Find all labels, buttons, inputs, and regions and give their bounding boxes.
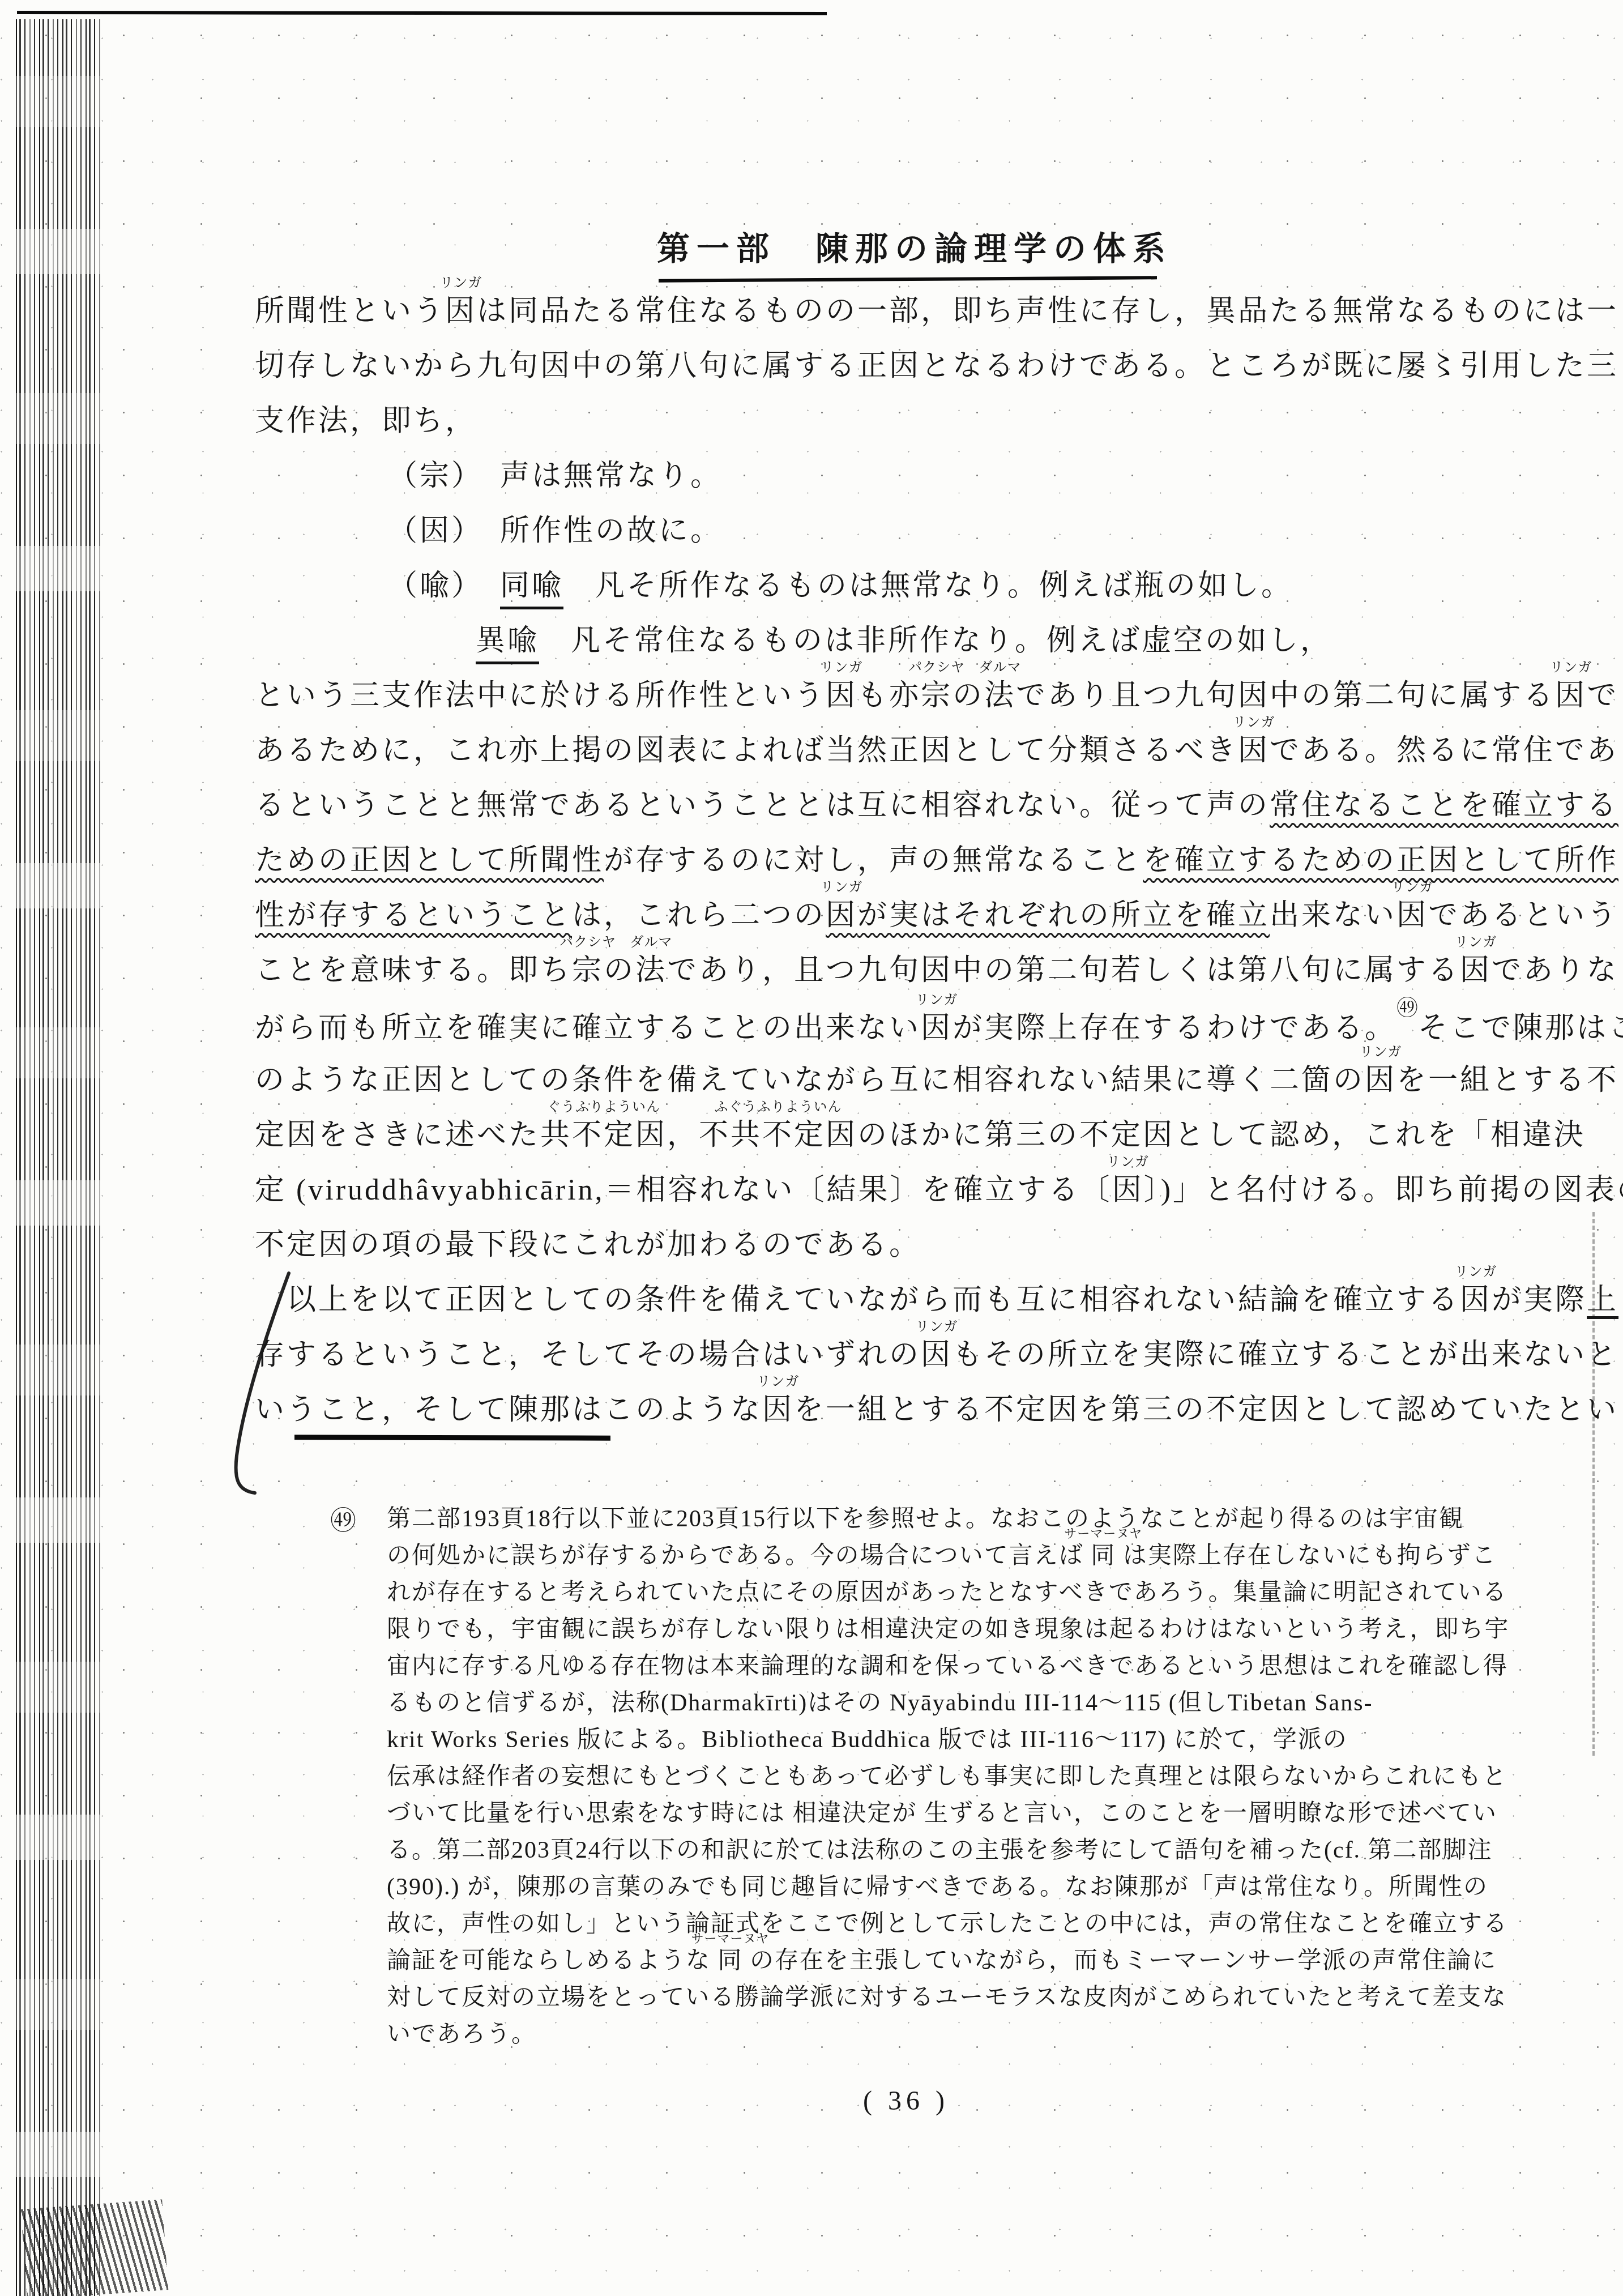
text-run: を一組とする不定因を第三の不定因として認めていたとい <box>794 1394 1618 1426</box>
body-line: という三支作法中に於ける所作性という因リンガも亦宗パクシヤの法ダルマであり且つ九… <box>255 679 1580 713</box>
body-line: 存するということ，そしてその場合はいずれの因リンガもその所立を実際に確立すること… <box>255 1338 1580 1372</box>
footnote-line: の何処かに誤ちが存するからである。今の場合について言えば 同サーマーヌヤ は実際… <box>387 1542 1582 1569</box>
ruby-base: 宗 <box>572 954 604 987</box>
text-run: いうこと，そして陳那はこのような <box>255 1394 762 1426</box>
ruby-text: リンガ <box>1360 1045 1402 1059</box>
body-line: ことを意味する。即ち宗パクシヤの法ダルマであり，且つ九句因中の第二句若しくは第八… <box>255 954 1580 988</box>
text-run: という三支作法中に於ける所作性という <box>255 680 826 712</box>
text-run: 以上を以て正因としての条件を備えていながら而も互に相容れない結論を確立する <box>255 1284 1460 1316</box>
text-run: であり且つ九句因中の第二句に属する <box>1016 680 1555 712</box>
ruby-base: 不共不定因 <box>699 1119 857 1151</box>
ruby-text: リンガ <box>916 993 958 1007</box>
text-run: であるという <box>1428 899 1618 932</box>
text-run: 限りでも，宇宙観に誤ちが存しない限りは相違決定の如き現象は起るわけはないという考… <box>387 1616 1510 1642</box>
ruby-term: 同サーマーヌヤ <box>1091 1542 1116 1569</box>
ruby-base: 因 <box>1460 1284 1492 1316</box>
ruby-term: 法ダルマ <box>635 954 667 988</box>
ruby-term: 因リンガ <box>1460 954 1492 988</box>
ruby-base: 共不定因 <box>540 1119 667 1151</box>
body-line: のような正因としての条件を備えていながら互に相容れない結果に導く二箇の因リンガを… <box>255 1064 1580 1098</box>
body-line: いうこと，そして陳那はこのような因リンガを一組とする不定因を第三の不定因として認… <box>255 1393 1580 1427</box>
ruby-base: 因 <box>445 295 477 327</box>
ruby-base: 因 <box>1365 1064 1396 1096</box>
ruby-term: 因リンガ <box>1555 679 1587 713</box>
text-run: 不定因の項の最下段にこれが加わるのである。 <box>255 1229 921 1261</box>
ruby-base: 因 <box>762 1394 794 1426</box>
ruby-base: 因 <box>921 1339 953 1371</box>
text-run: ことを意味する。即ち <box>255 954 572 987</box>
ruby-text: パクシヤ <box>559 936 616 949</box>
underlined-term: 異喩 <box>476 625 539 664</box>
syllogism-reason-line: （因） 所作性の故に。 <box>255 514 1623 548</box>
page-title-part2: 陳那の論理学の体系 <box>815 231 1172 267</box>
text-run: (390).) が，陳那の言葉のみでも同じ趣旨に帰すべきである。なお陳那が「声は… <box>387 1874 1488 1900</box>
ruby-base: 因 <box>1396 899 1428 932</box>
text-run: 出来ない <box>1270 899 1396 932</box>
text-run: もその所立を実際に確立することが出来ないと <box>953 1339 1618 1371</box>
body-line: 切存しないから九句因中の第八句に属する正因となるわけである。ところが既に屡〻引用… <box>255 349 1580 383</box>
text-run: 所聞性という <box>255 295 445 327</box>
text-run: 論証を可能ならしめるような <box>387 1948 718 1974</box>
text-run: （喩） <box>388 570 500 602</box>
footnote-line: れが存在すると考えられていた点にその原因があったとなすべきであろう。集量論に明記… <box>387 1579 1582 1606</box>
page-title: 第一部陳那の論理学の体系 <box>255 222 1574 270</box>
text-run: ， <box>667 1119 699 1151</box>
body-line: 定因をさきに述べた共不定因ぐうふりよういん，不共不定因ふぐうふりよういんのほかに… <box>255 1119 1580 1153</box>
ruby-base: 同 <box>718 1948 743 1974</box>
body-line: 不定因の項の最下段にこれが加わるのである。 <box>255 1228 1580 1262</box>
ruby-base: 同 <box>1091 1543 1116 1569</box>
ruby-term: 因リンガ <box>1238 734 1270 768</box>
footnote-line: づいて比量を行い思索をなす時には 相違決定が 生ずると言い，このことを一層明瞭な… <box>387 1800 1582 1827</box>
body-line: あるために，これ亦上掲の図表によれば当然正因として分類さるべき因リンガである。然… <box>255 734 1580 768</box>
footnote-line: 第二部193頁18行以下並に203頁15行以下を参照せよ。なおこのようなことが起… <box>387 1505 1582 1533</box>
text-run: 対して反対の立場をとっている勝論学派に対するユーモラスな皮肉がこめられていたと考… <box>387 1985 1507 2011</box>
text-run: るものと信ずるが，法称(Dharmakīrti)はその Nyāyabindu I… <box>387 1690 1373 1716</box>
wavy-underlined-run: を確立するための正因として所作 <box>1143 844 1618 877</box>
body-line: 所聞性という因リンガは同品たる常住なるものの一部，即ち声性に存し，異品たる無常な… <box>255 295 1580 328</box>
body-line: 性が存するということは，これら二つの因リンガが実はそれぞれの所立を確立出来ない因… <box>255 899 1580 933</box>
text-run: 定 (viruddhâvyabhicārin,＝相容れない〔結果〕を確立する〔 <box>255 1174 1112 1206</box>
footnote-divider <box>294 1435 610 1440</box>
text-run: 切存しないから九句因中の第八句に属する正因となるわけである。ところが既に屡〻引用… <box>255 350 1618 382</box>
ruby-text: ふぐうふりよういん <box>715 1100 842 1114</box>
ruby-term: 因リンガ <box>826 899 857 933</box>
ruby-base: 因 <box>1112 1174 1144 1206</box>
syllogism-thesis-line: （宗） 声は無常なり。 <box>255 459 1623 493</box>
ruby-base: 法 <box>984 680 1016 712</box>
wavy-underlined-run: が実はそれぞれの所立を確立 <box>857 899 1270 932</box>
text-run: は，これら二つの <box>572 899 826 932</box>
wavy-underlined-run: 性が存するということ <box>255 899 572 932</box>
footnote-line: 対して反対の立場をとっている勝論学派に対するユーモラスな皮肉がこめられていたと考… <box>387 1984 1582 2011</box>
corner-smudge-artifact <box>21 2199 169 2296</box>
text-run: が実際 <box>1492 1284 1587 1316</box>
text-run: の <box>953 680 984 712</box>
ruby-term: 因リンガ <box>1365 1064 1396 1098</box>
ruby-text: サーマーヌヤ <box>1064 1527 1142 1540</box>
ruby-term: 宗パクシヤ <box>572 954 604 988</box>
ruby-base: 因 <box>1460 954 1492 987</box>
body-line: 支作法，即ち， <box>255 404 1580 438</box>
text-run: は同品たる常住なるものの一部，即ち声性に存し，異品たる無常なるものには一 <box>477 295 1618 327</box>
body-line: がら而も所立を確実に確立することの出来ない因リンガが実際上存在するわけである。㊾… <box>255 1009 1580 1045</box>
footnote-line: いであろう。 <box>387 2021 1582 2048</box>
ruby-term: 因リンガ <box>762 1393 794 1427</box>
footnote-line: 論証を可能ならしめるような 同サーマーヌヤ の存在を主張していながら，而もミーマ… <box>387 1947 1582 1974</box>
ruby-text: リンガ <box>821 881 863 894</box>
text-run: を一組とする不 <box>1396 1064 1618 1096</box>
text-run: がら而も所立を確実に確立することの出来ない <box>255 1012 921 1044</box>
ruby-base: 因 <box>1238 735 1270 767</box>
ruby-term: 宗パクシヤ <box>921 679 953 713</box>
footnote-marker-49: ㊾ <box>330 1500 356 1537</box>
text-run: 定因をさきに述べた <box>255 1119 540 1151</box>
text-run: そこで陳那はこ <box>1418 1012 1623 1044</box>
text-run: も亦 <box>857 680 921 712</box>
footnote-line: る。第二部203頁24行以下の和訳に於ては法称のこの主張を参考にして語句を補った… <box>387 1837 1582 1864</box>
ruby-base: 宗 <box>921 680 953 712</box>
text-run: のような正因としての条件を備えていながら互に相容れない結果に導く二箇の <box>255 1064 1365 1096</box>
ruby-term: 因リンガ <box>826 679 857 713</box>
wavy-underlined-run: ための正因として所聞性 <box>255 844 604 877</box>
ruby-term: 因リンガ <box>445 295 477 328</box>
text-run: である。然るに常住であ <box>1270 735 1618 767</box>
text-run: 凡そ常住なるものは非所作なり。例えば虚空の如し， <box>539 625 1332 657</box>
text-run: の何処かに誤ちが存するからである。今の場合について言えば <box>387 1543 1091 1569</box>
text-run: れが存在すると考えられていた点にその原因があったとなすべきであろう。集量論に明記… <box>387 1580 1507 1606</box>
footnote-line: 伝承は経作者の妄想にもとづくこともあって必ずしも事実に即した真理とは限らないから… <box>387 1763 1582 1790</box>
text-run: の <box>604 954 635 987</box>
ruby-term: 不共不定因ふぐうふりよういん <box>699 1119 857 1153</box>
ruby-text: リンガ <box>440 276 482 290</box>
ruby-text: パクシヤ <box>908 661 965 675</box>
scanned-book-page: 第一部陳那の論理学の体系 所聞性という因リンガは同品たる常住なるものの一部，即ち… <box>0 0 1623 2296</box>
underlined-run: 上 <box>1587 1284 1618 1316</box>
ruby-text: ダルマ <box>630 936 673 949</box>
ruby-term: 因リンガ <box>1396 899 1428 933</box>
ruby-base: 因 <box>826 899 857 932</box>
body-line: るということと無常であるということとは互に相容れない。従って声の常住なることを確… <box>255 789 1580 823</box>
ruby-text: ぐうふりよういん <box>547 1100 660 1114</box>
text-run: でありな <box>1492 954 1618 987</box>
ruby-text: リンガ <box>821 661 863 675</box>
ruby-base: 法 <box>635 954 667 987</box>
footnote-line: 故に，声性の如し」という論証式をここで例として示したことの中には，声の常住なこと… <box>387 1910 1582 1937</box>
text-run: で <box>1587 680 1618 712</box>
text-run: づいて比量を行い思索をなす時には 相違決定が 生ずると言い，このことを一層明瞭な… <box>387 1800 1497 1826</box>
body-line: 定 (viruddhâvyabhicārin,＝相容れない〔結果〕を確立する〔因… <box>255 1173 1580 1207</box>
text-run: 伝承は経作者の妄想にもとづくこともあって必ずしも事実に即した真理とは限らないから… <box>387 1764 1507 1790</box>
ruby-term: 因リンガ <box>1460 1283 1492 1317</box>
body-line: 以上を以て正因としての条件を備えていながら而も互に相容れない結論を確立する因リン… <box>255 1283 1580 1317</box>
title-underline <box>659 276 1157 282</box>
text-run: 支作法，即ち， <box>255 405 477 437</box>
text-run: のほかに第三の不定因として認め，これを「相違決 <box>857 1119 1586 1151</box>
ruby-term: 因リンガ <box>921 1012 953 1045</box>
ruby-term: 法ダルマ <box>984 679 1016 713</box>
text-run: る。第二部203頁24行以下の和訳に於ては法称のこの主張を参考にして語句を補った… <box>387 1837 1493 1863</box>
footnote-line: 限りでも，宇宙観に誤ちが存しない限りは相違決定の如き現象は起るわけはないという考… <box>387 1616 1582 1643</box>
text-run: （宗） 声は無常なり。 <box>388 460 722 492</box>
text-run: （因） 所作性の故に。 <box>388 515 722 547</box>
ruby-term: 因リンガ <box>921 1338 953 1372</box>
text-run: が存するのに対し，声の無常なること <box>604 844 1143 877</box>
ruby-text: サーマーヌヤ <box>691 1932 770 1945</box>
syllogism-counterexample-line: 異喩 凡そ常住なるものは非所作なり。例えば虚空の如し， <box>255 624 1623 658</box>
text-run: あるために，これ亦上掲の図表によれば当然正因として分類さるべき <box>255 735 1238 767</box>
footnote-reference-49: ㊾ <box>1396 996 1418 1020</box>
body-line: ための正因として所聞性が存するのに対し，声の無常なることを確立するための正因とし… <box>255 844 1580 878</box>
text-run: 故に，声性の如し」という論証式をここで例として示したことの中には，声の常住なこと… <box>387 1911 1508 1937</box>
page-title-part1: 第一部 <box>657 231 776 267</box>
binding-edge-artifact <box>16 19 101 2296</box>
text-run: 凡そ所作なるものは無常なり。例えば瓶の如し。 <box>563 570 1293 602</box>
ruby-text: リンガ <box>1455 1265 1497 1279</box>
page-number: ( 36 ) <box>821 2085 991 2116</box>
text-run: るということと無常であるということとは互に相容れない。従って声の <box>255 789 1270 822</box>
text-run: いであろう。 <box>387 2021 536 2047</box>
text-run: 存するということ，そしてその場合はいずれの <box>255 1339 921 1371</box>
ruby-term: 同サーマーヌヤ <box>718 1947 743 1974</box>
syllogism-example-line: （喩） 同喩 凡そ所作なるものは無常なり。例えば瓶の如し。 <box>255 569 1623 603</box>
ruby-text: リンガ <box>1455 936 1497 949</box>
ruby-text: リンガ <box>916 1320 958 1334</box>
footnote-line: るものと信ずるが，法称(Dharmakīrti)はその Nyāyabindu I… <box>387 1689 1582 1717</box>
ruby-text: リンガ <box>1550 661 1592 675</box>
scan-top-line <box>17 11 827 15</box>
ruby-term: 共不定因ぐうふりよういん <box>540 1119 667 1153</box>
text-run: であり，且つ九句因中の第二句若しくは第八句に属する <box>667 954 1460 987</box>
ruby-text: ダルマ <box>979 661 1022 675</box>
text-run: 第二部193頁18行以下並に203頁15行以下を参照せよ。なおこのようなことが起… <box>387 1506 1464 1532</box>
wavy-underlined-run: 常住なることを確立する <box>1270 789 1618 822</box>
ruby-text: リンガ <box>1107 1155 1149 1169</box>
footnote-line: krit Works Series 版による。Bibliotheca Buddh… <box>387 1726 1582 1753</box>
ruby-text: リンガ <box>1391 881 1434 894</box>
ruby-base: 因 <box>826 680 857 712</box>
ruby-text: リンガ <box>1233 716 1275 729</box>
ruby-base: 因 <box>921 1012 953 1044</box>
footnote-line: 宙内に存する凡ゆる存在物は本来論理的な調和を保っているべきであるという思想はこれ… <box>387 1653 1582 1680</box>
text-run: krit Works Series 版による。Bibliotheca Buddh… <box>387 1727 1348 1753</box>
text-run: 宙内に存する凡ゆる存在物は本来論理的な調和を保っているべきであるという思想はこれ… <box>387 1653 1508 1679</box>
text-run: の存在を主張していながら，而もミーマーンサー学派の声常住論に <box>743 1948 1497 1974</box>
text-run: が実際上存在するわけである。 <box>953 1012 1396 1044</box>
ruby-base: 因 <box>1555 680 1587 712</box>
text-run: は実際上存在しないにも拘らずこ <box>1116 1543 1497 1569</box>
footnote-line: (390).) が，陳那の言葉のみでも同じ趣旨に帰すべきである。なお陳那が「声は… <box>387 1873 1582 1901</box>
underlined-term: 同喩 <box>500 570 563 609</box>
text-run: 〕)」と名付ける。即ち前掲の図表の <box>1144 1174 1623 1206</box>
ruby-text: リンガ <box>757 1375 800 1389</box>
ruby-term: 因リンガ <box>1112 1173 1144 1207</box>
